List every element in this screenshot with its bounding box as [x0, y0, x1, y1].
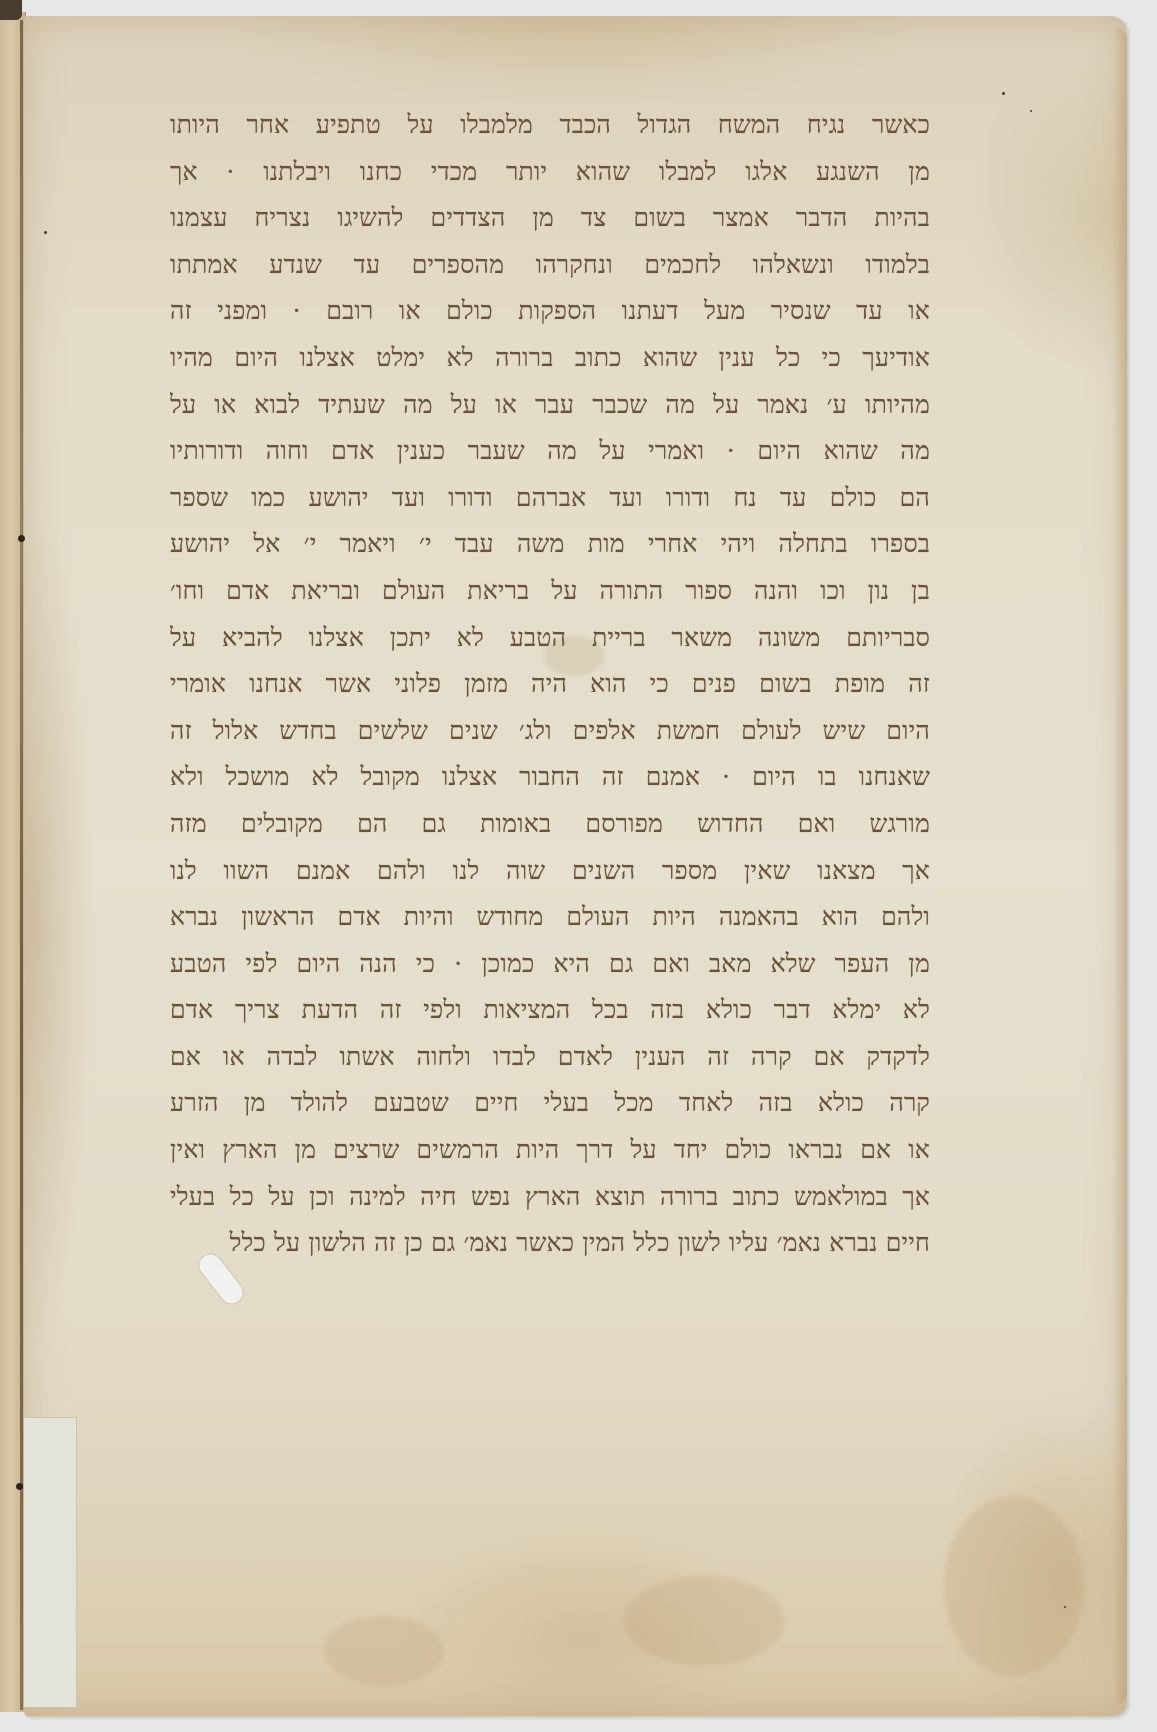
text-line: או אם נבראו כולם יחד על דרך היות הרמשים … — [170, 1127, 930, 1174]
text-line: מן העפר שלא מאב ואם גם היא כמוכן · כי הנ… — [170, 941, 930, 988]
paper-repair-slip — [24, 1417, 77, 1707]
text-line: לדקדק אם קרה זה הענין לאדם לבדו ולחוה אש… — [170, 1034, 930, 1081]
paper-speck — [1030, 110, 1032, 112]
text-line: הם כולם עד נח ודורו ועד אברהם ודורו ועד … — [170, 475, 930, 522]
text-line: ולהם הוא בהאמנה היות העולם מחודש והיות א… — [170, 894, 930, 941]
water-stain — [944, 1496, 1084, 1676]
text-line: סבריותם משונה משאר בריית הטבע לא יתכן אצ… — [170, 615, 930, 662]
paper-speck — [1002, 92, 1005, 95]
text-line: או עד שנסיר מעל דעתנו הספקות כולם או רוב… — [170, 288, 930, 335]
text-line: אודיעך כי כל ענין שהוא כתוב ברורה לא ימל… — [170, 335, 930, 382]
text-line: מן השנגע אלגו למבלו שהוא יותר מכדי כחנו … — [170, 149, 930, 196]
manuscript-text-block: כאשר נגיח המשח הגדול הכבד מלמבלו על טתפי… — [170, 102, 930, 1267]
text-line: בהיות הדבר אמצר בשום צד מן הצדדים להשיגו… — [170, 195, 930, 242]
text-line: שאנחנו בו היום · אמנם זה החבור אצלנו מקו… — [170, 754, 930, 801]
text-line: מורגש ואם החדוש מפורסם באומות גם הם מקוב… — [170, 801, 930, 848]
text-line: זה מופת בשום פנים כי הוא היה מזמן פלוני … — [170, 661, 930, 708]
text-line: מה שהוא היום · ואמרי על מה שעבר כענין אד… — [170, 428, 930, 475]
text-line: מהיותו ע׳ נאמר על מה שכבר עבר או על מה ש… — [170, 382, 930, 429]
folio-edge-shading — [1113, 26, 1127, 1706]
manuscript-scan: כאשר נגיח המשח הגדול הכבד מלמבלו על טתפי… — [0, 0, 1157, 1732]
text-line: היום שיש לעולם חמשת אלפים ולג׳ שנים שלשי… — [170, 708, 930, 755]
text-line: אך במולאמש כתוב ברורה תוצא הארץ נפש חיה … — [170, 1174, 930, 1221]
water-stain — [624, 1576, 784, 1666]
text-line: בן נון וכו והנה ספור התורה על בריאת העול… — [170, 568, 930, 615]
text-line: קרה כולא בזה לאחד מכל בעלי חיים שטבעם לה… — [170, 1080, 930, 1127]
binding-thread-end — [0, 0, 22, 20]
binding-knot — [18, 535, 25, 542]
water-stain — [324, 1616, 444, 1686]
binding-knot — [16, 1483, 23, 1490]
binding-thread — [20, 20, 23, 1710]
text-line: בלמודו ונשאלהו לחכמים ונחקרהו מהספרים עד… — [170, 242, 930, 289]
text-line: לא ימלא דבר כולא בזה בכל המציאות ולפי זה… — [170, 987, 930, 1034]
text-line: חיים נברא נאמ׳ עליו לשון כלל המין כאשר נ… — [170, 1220, 930, 1267]
text-line: אך מצאנו שאין מספר השנים שוה לנו ולהם אמ… — [170, 848, 930, 895]
paper-speck — [44, 231, 47, 234]
text-line: כאשר נגיח המשח הגדול הכבד מלמבלו על טתפי… — [170, 102, 930, 149]
text-line: בספרו בתחלה ויהי אחרי מות משה עבד י׳ ויא… — [170, 521, 930, 568]
paper-speck — [1064, 1606, 1066, 1608]
